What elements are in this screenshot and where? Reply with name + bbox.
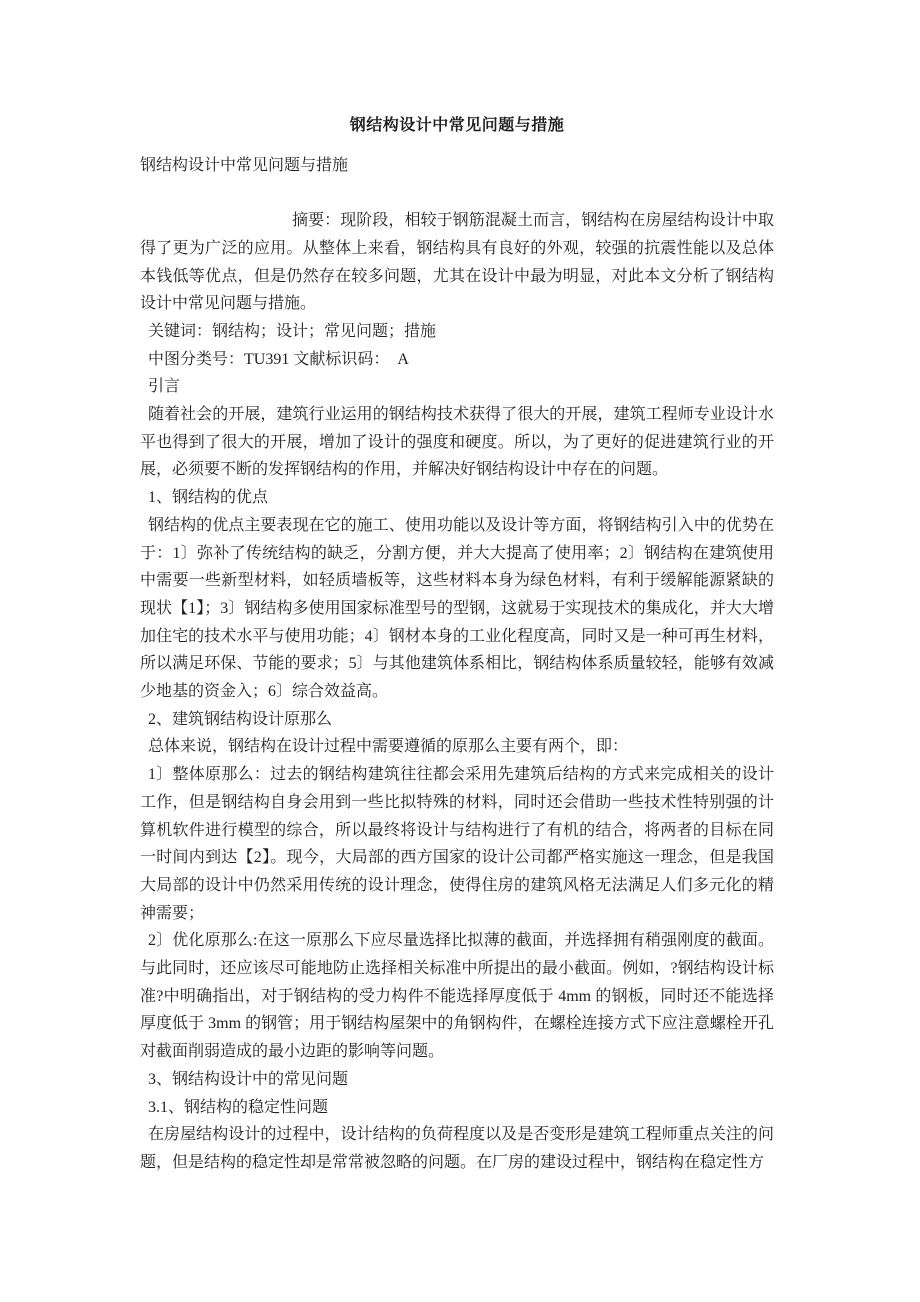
heading-section-1-advantages: 1、钢结构的优点: [140, 484, 774, 512]
document-title: 钢结构设计中常见问题与措施: [140, 112, 774, 140]
paragraph-classification-code: 中图分类号：TU391 文献标识码： A: [140, 346, 774, 374]
paragraph-abstract: 摘要：现阶段，相较于钢筋混凝土而言，钢结构在房屋结构设计中取得了更为广泛的应用。…: [140, 207, 774, 318]
paragraph-section-2-principle-2: 2〕优化原那么:在这一原那么下应尽量选择比拟薄的截面，并选择拥有稍强刚度的截面。…: [140, 927, 774, 1066]
paragraph-subtitle: 钢结构设计中常见问题与措施: [140, 152, 774, 180]
document-content: 钢结构设计中常见问题与措施 钢结构设计中常见问题与措施 摘要：现阶段，相较于钢筋…: [0, 0, 920, 1177]
heading-introduction: 引言: [140, 373, 774, 401]
paragraph-keywords: 关键词：钢结构；设计；常见问题；措施: [140, 318, 774, 346]
heading-section-3-1-stability: 3.1、钢结构的稳定性问题: [140, 1094, 774, 1122]
paragraph-section-2-principle-1: 1〕整体原那么：过去的钢结构建筑往往都会采用先建筑后结构的方式来完成相关的设计工…: [140, 761, 774, 927]
heading-section-3-common-problems: 3、钢结构设计中的常见问题: [140, 1066, 774, 1094]
paragraph-section-2-intro: 总体来说，钢结构在设计过程中需要遵循的原那么主要有两个，即：: [140, 733, 774, 761]
document-page: 钢结构设计中常见问题与措施 钢结构设计中常见问题与措施 摘要：现阶段，相较于钢筋…: [0, 0, 920, 1302]
heading-section-2-design-principles: 2、建筑钢结构设计原那么: [140, 706, 774, 734]
paragraph-section-3-1-stability: 在房屋结构设计的过程中，设计结构的负荷程度以及是否变形是建筑工程师重点关注的问题…: [140, 1121, 774, 1176]
paragraph-introduction: 随着社会的开展，建筑行业运用的钢结构技术获得了很大的开展，建筑工程师专业设计水平…: [140, 401, 774, 484]
paragraph-section-1-advantages: 钢结构的优点主要表现在它的施工、使用功能以及设计等方面，将钢结构引入中的优势在于…: [140, 512, 774, 706]
